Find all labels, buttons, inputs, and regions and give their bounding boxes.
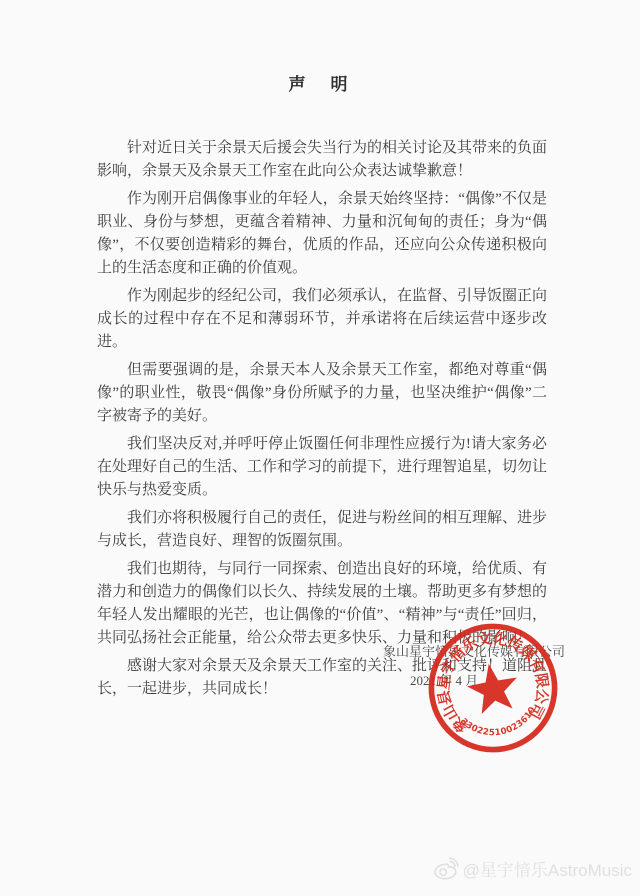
statement-paragraph: 我们坚决反对,并呼吁停止饭圈任何非理性应援行为!请大家务必在处理好自己的生活、工… <box>97 433 547 502</box>
watermark-handle: @星宇愔乐AstroMusic <box>463 856 632 881</box>
seal-star-icon <box>464 659 522 715</box>
statement-paragraph: 但需要强调的是，余景天本人及余景天工作室，都绝对尊重“偶像”的职业性，敬畏“偶像… <box>97 359 547 428</box>
statement-title: 声 明 <box>0 0 640 95</box>
statement-paragraph: 作为刚开启偶像事业的年轻人，余景天始终坚持：“偶像”不仅是职业、身份与梦想，更蕴… <box>97 188 547 280</box>
watermark: @星宇愔乐AstroMusic <box>433 856 632 881</box>
statement-paragraph: 作为刚起步的经纪公司，我们必须承认，在监督、引导饭圈正向成长的过程中存在不足和薄… <box>97 285 547 354</box>
statement-paragraph: 针对近日关于余景天后援会失当行为的相关讨论及其带来的负面影响，余景天及余景天工作… <box>97 137 547 183</box>
statement-paragraph: 我们亦将积极履行自己的责任，促进与粉丝间的相互理解、进步与成长，营造良好、理智的… <box>97 507 547 553</box>
company-seal: 象山县星宇愔乐文化传媒有限公司 33022510023610 <box>404 599 582 777</box>
statement-document-page: 声 明 针对近日关于余景天后援会失当行为的相关讨论及其带来的负面影响，余景天及余… <box>0 0 640 896</box>
weibo-icon <box>433 857 459 880</box>
svg-text:县: 县 <box>435 689 455 707</box>
